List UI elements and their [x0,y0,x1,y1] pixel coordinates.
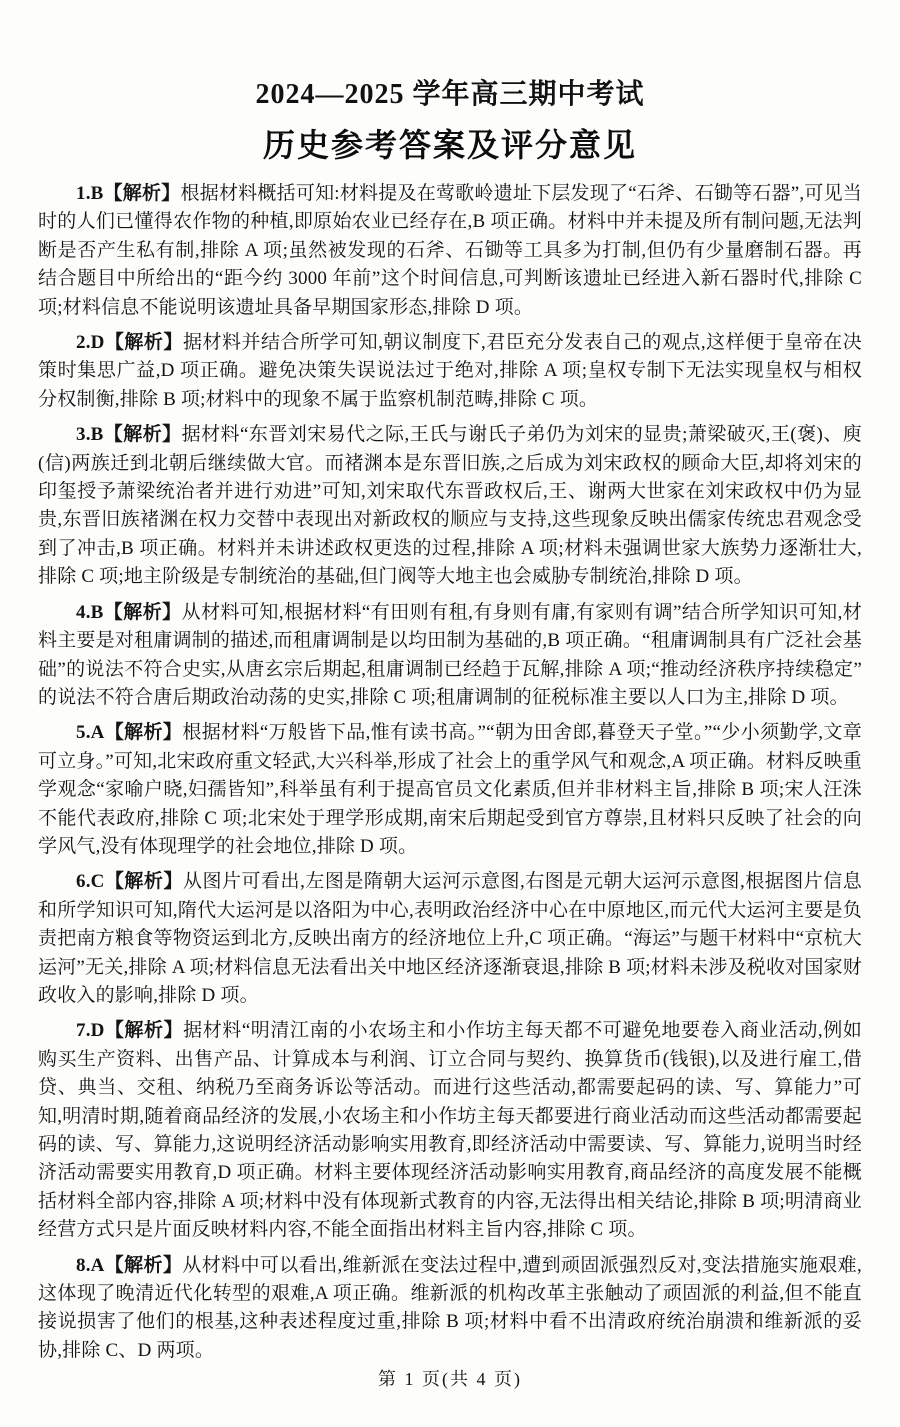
analysis-tag: 【解析】 [105,332,183,353]
analysis-tag: 【解析】 [105,871,183,892]
answer-number: 4.B [76,602,104,623]
answer-item-5: 5.A【解析】根据材料“万般皆下品,惟有读书高。”“朝为田舍郎,暮登天子堂。”“… [38,719,862,861]
answer-number: 3.B [76,424,104,445]
analysis-tag: 【解析】 [105,722,183,743]
page-subtitle: 历史参考答案及评分意见 [38,120,862,166]
analysis-tag: 【解析】 [105,1255,183,1276]
answer-item-2: 2.D【解析】据材料并结合所学可知,朝议制度下,君臣充分发表自己的观点,这样便于… [38,329,862,414]
answer-number: 8.A [76,1255,105,1276]
analysis-tag: 【解析】 [104,183,181,204]
answer-item-4: 4.B【解析】从材料可知,根据材料“有田则有租,有身则有庸,有家则有调”结合所学… [38,599,862,713]
answer-list: 1.B【解析】根据材料概括可知:材料提及在莺歌岭遗址下层发现了“石斧、石锄等石器… [38,180,862,1365]
analysis-tag: 【解析】 [104,424,182,445]
answer-number: 2.D [76,332,105,353]
answer-item-3: 3.B【解析】据材料“东晋刘宋易代之际,王氏与谢氏子弟仍为刘宋的显贵;萧梁破灭,… [38,421,862,591]
exam-answer-page: 2024—2025 学年高三期中考试 历史参考答案及评分意见 1.B【解析】根据… [0,0,900,1427]
analysis-tag: 【解析】 [104,602,182,623]
page-title: 2024—2025 学年高三期中考试 [38,72,862,112]
answer-text: 据材料“东晋刘宋易代之际,王氏与谢氏子弟仍为刘宋的显贵;萧梁破灭,王(褒)、庾(… [38,424,862,587]
answer-text: 据材料“明清江南的小农场主和小作坊主每天都不可避免地要卷入商业活动,例如购买生产… [38,1020,862,1240]
answer-item-6: 6.C【解析】从图片可看出,左图是隋朝大运河示意图,右图是元朝大运河示意图,根据… [38,868,862,1010]
answer-number: 6.C [76,871,105,892]
answer-item-1: 1.B【解析】根据材料概括可知:材料提及在莺歌岭遗址下层发现了“石斧、石锄等石器… [38,180,862,322]
page-number-footer: 第 1 页(共 4 页) [0,1365,900,1391]
answer-item-7: 7.D【解析】据材料“明清江南的小农场主和小作坊主每天都不可避免地要卷入商业活动… [38,1017,862,1244]
answer-number: 7.D [76,1020,105,1041]
answer-item-8: 8.A【解析】从材料中可以看出,维新派在变法过程中,遭到顽固派强烈反对,变法措施… [38,1252,862,1366]
answer-number: 1.B [76,183,104,204]
analysis-tag: 【解析】 [105,1020,184,1041]
answer-number: 5.A [76,722,105,743]
